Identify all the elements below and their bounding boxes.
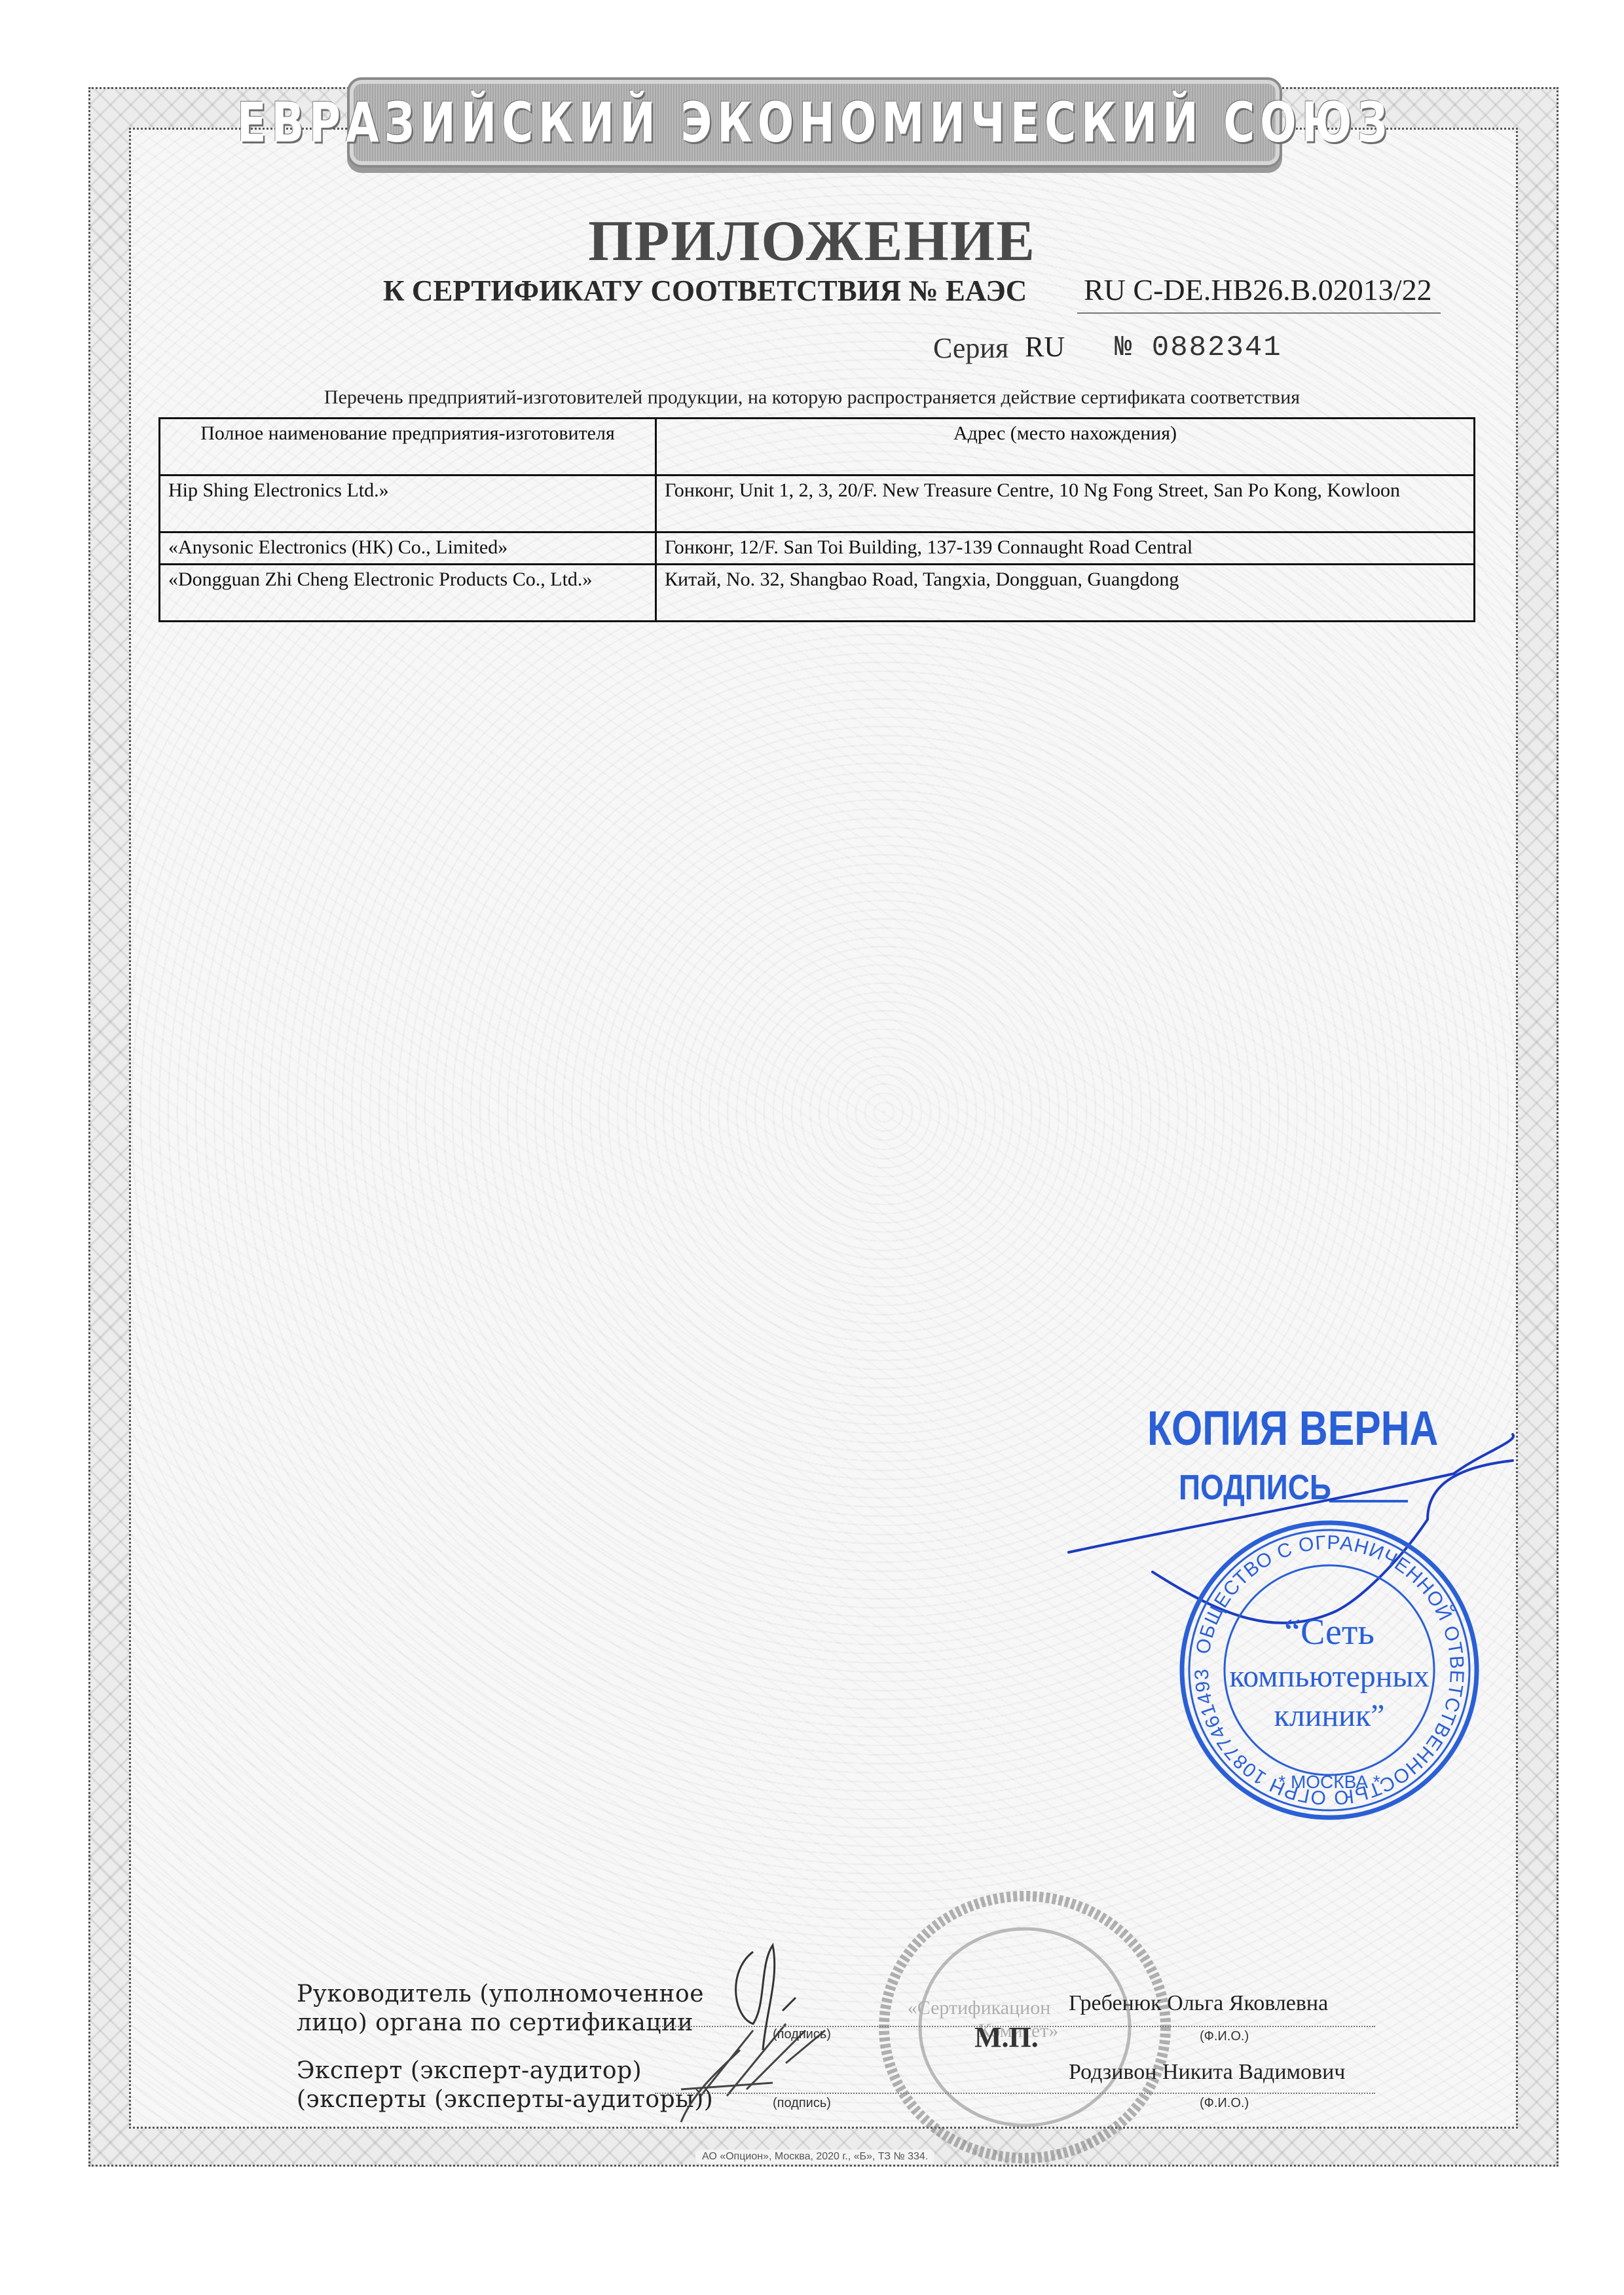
table-row: «Anysonic Electronics (HK) Co., Limited»… (160, 532, 1475, 565)
manufacturer-name: «Dongguan Zhi Cheng Electronic Products … (160, 565, 656, 622)
manufacturer-name: «Anysonic Electronics (HK) Co., Limited» (160, 532, 656, 565)
document-title: ПРИЛОЖЕНИЕ (0, 208, 1624, 274)
manufacturers-table: Полное наименование предприятия-изготови… (158, 417, 1475, 622)
manufacturer-address: Гонконг, 12/F. San Toi Building, 137-139… (656, 532, 1475, 565)
expert-role-line-1: Эксперт (эксперт-аудитор) (297, 2057, 713, 2085)
certificate-label: К СЕРТИФИКАТУ СООТВЕТСТВИЯ № ЕАЭС (383, 274, 1027, 308)
seal-org-line-1: “Сеть (1284, 1612, 1375, 1652)
expert-signature-caption: (подпись) (773, 2096, 831, 2111)
seal-place-label: М.П. (974, 2021, 1039, 2054)
series-value: RU (1025, 330, 1065, 364)
series-label: Серия (933, 331, 1008, 365)
company-seal-icon: ОБЩЕСТВО С ОГРАНИЧЕННОЙ ОТВЕТСТВЕННОСТЬЮ… (1172, 1513, 1486, 1827)
union-name: ЕВРАЗИЙСКИЙ ЭКОНОМИЧЕСКИЙ СОЮЗ (237, 90, 1393, 155)
table-row: Hip Shing Electronics Ltd.» Гонконг, Uni… (160, 476, 1475, 532)
eaeu-header-plate: ЕВРАЗИЙСКИЙ ЭКОНОМИЧЕСКИЙ СОЮЗ (347, 77, 1282, 168)
series-number: № 0882341 (1115, 331, 1282, 364)
seal-city-text: * МОСКВА * (1278, 1772, 1380, 1792)
head-role-line-2: лицо) органа по сертификации (297, 2009, 704, 2038)
head-role-label: Руководитель (уполномоченное лицо) орган… (297, 1980, 704, 2038)
expert-role-line-2: (эксперты (эксперты-аудиторы)) (297, 2085, 713, 2114)
head-signature-caption: (подпись) (773, 2027, 831, 2042)
printer-imprint: АО «Опцион», Москва, 2020 г., «Б», ТЗ № … (695, 2150, 934, 2164)
seal-org-line-3: клиник” (1274, 1698, 1385, 1733)
handwritten-signatures-icon (655, 1932, 877, 2129)
seal-inner-text: «Сертификацион (908, 1997, 1051, 2019)
manufacturer-address: Гонконг, Unit 1, 2, 3, 20/F. New Treasur… (656, 476, 1475, 532)
head-fio-caption: (Ф.И.О.) (1200, 2029, 1249, 2044)
expert-full-name: Родзивон Никита Вадимович (1069, 2060, 1345, 2085)
certificate-number-underline (1077, 312, 1441, 314)
expert-fio-caption: (Ф.И.О.) (1200, 2096, 1249, 2111)
expert-role-label: Эксперт (эксперт-аудитор) (эксперты (экс… (297, 2057, 713, 2114)
column-header-name: Полное наименование предприятия-изготови… (160, 419, 656, 476)
table-row: «Dongguan Zhi Cheng Electronic Products … (160, 565, 1475, 622)
table-header-row: Полное наименование предприятия-изготови… (160, 419, 1475, 476)
manufacturer-name: Hip Shing Electronics Ltd.» (160, 476, 656, 532)
certificate-number: RU C-DE.HB26.B.02013/22 (1084, 272, 1432, 307)
head-full-name: Гребенюк Ольга Яковлевна (1069, 1991, 1328, 2016)
manufacturer-address: Китай, No. 32, Shangbao Road, Tangxia, D… (656, 565, 1475, 622)
head-role-line-1: Руководитель (уполномоченное (297, 1980, 704, 2009)
seal-org-line-2: компьютерных (1229, 1659, 1429, 1694)
expert-signature-line (655, 2093, 1375, 2094)
manufacturers-caption: Перечень предприятий-изготовителей проду… (0, 386, 1624, 409)
column-header-address: Адрес (место нахождения) (656, 419, 1475, 476)
